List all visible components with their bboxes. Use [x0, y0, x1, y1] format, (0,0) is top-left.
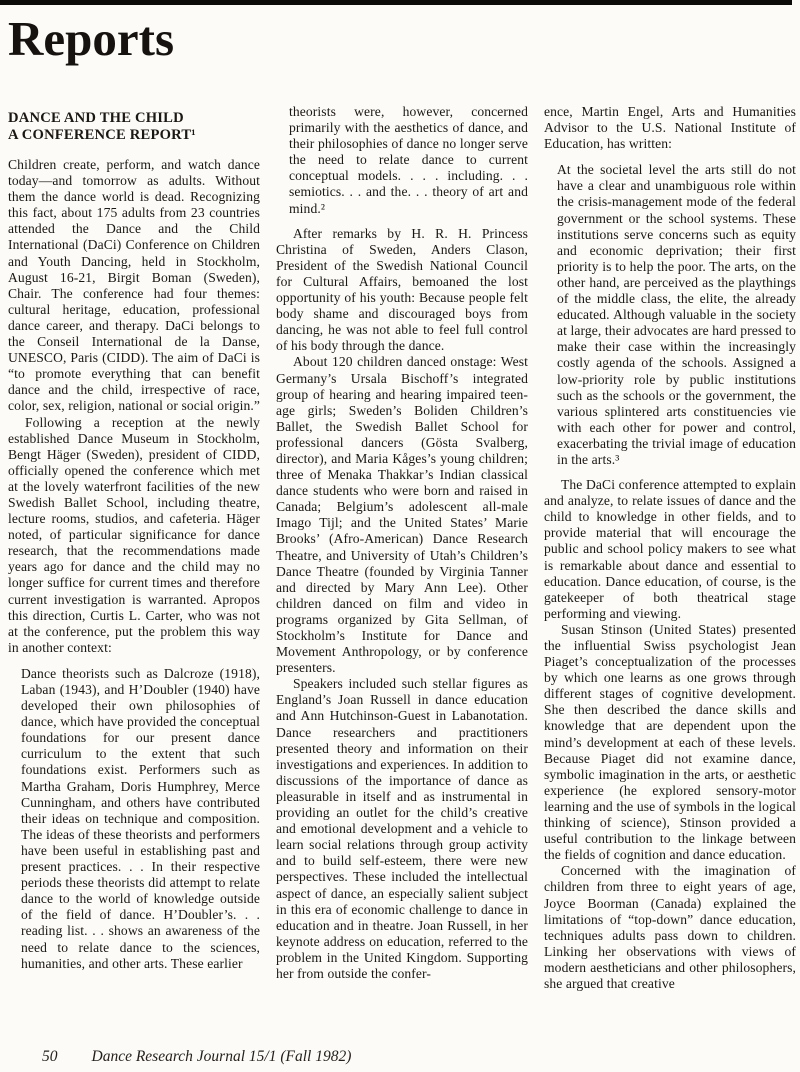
column-3: ence, Martin Engel, Arts and Humanities … [544, 104, 796, 992]
article-body: DANCE AND THE CHILD A CONFERENCE REPORT¹… [8, 104, 796, 992]
footer-page-number: 50 [42, 1048, 58, 1066]
body-paragraph: Susan Stinson (United States) presented … [544, 622, 796, 863]
block-quote: At the societal level the arts still do … [544, 162, 796, 468]
article-heading: DANCE AND THE CHILD A CONFERENCE REPORT¹ [8, 110, 260, 144]
footer-journal-title: Dance Research Journal 15/1 (Fall 1982) [92, 1048, 352, 1066]
block-quote-continuation: theorists were, however, concerned prima… [276, 104, 528, 217]
body-paragraph: Following a reception at the newly estab… [8, 415, 260, 656]
body-paragraph: After remarks by H. R. H. Princess Chris… [276, 226, 528, 355]
column-2: theorists were, however, concerned prima… [276, 104, 528, 992]
body-paragraph-continuation: ence, Martin Engel, Arts and Humanities … [544, 104, 796, 152]
article-heading-line1: DANCE AND THE CHILD [8, 110, 260, 127]
column-1: DANCE AND THE CHILD A CONFERENCE REPORT¹… [8, 104, 260, 992]
article-heading-line2: A CONFERENCE REPORT¹ [8, 127, 260, 144]
top-rule [0, 0, 792, 5]
body-paragraph: Children create, perform, and watch danc… [8, 157, 260, 415]
body-paragraph: About 120 children danced onstage: West … [276, 354, 528, 676]
body-paragraph: Speakers included such stellar figures a… [276, 676, 528, 982]
page-footer: 50 Dance Research Journal 15/1 (Fall 198… [42, 1048, 351, 1066]
body-paragraph: Concerned with the imagination of childr… [544, 863, 796, 992]
block-quote: Dance theorists such as Dalcroze (1918),… [8, 666, 260, 972]
masthead-title: Reports [8, 10, 174, 67]
body-paragraph: The DaCi conference attempted to explain… [544, 477, 796, 622]
